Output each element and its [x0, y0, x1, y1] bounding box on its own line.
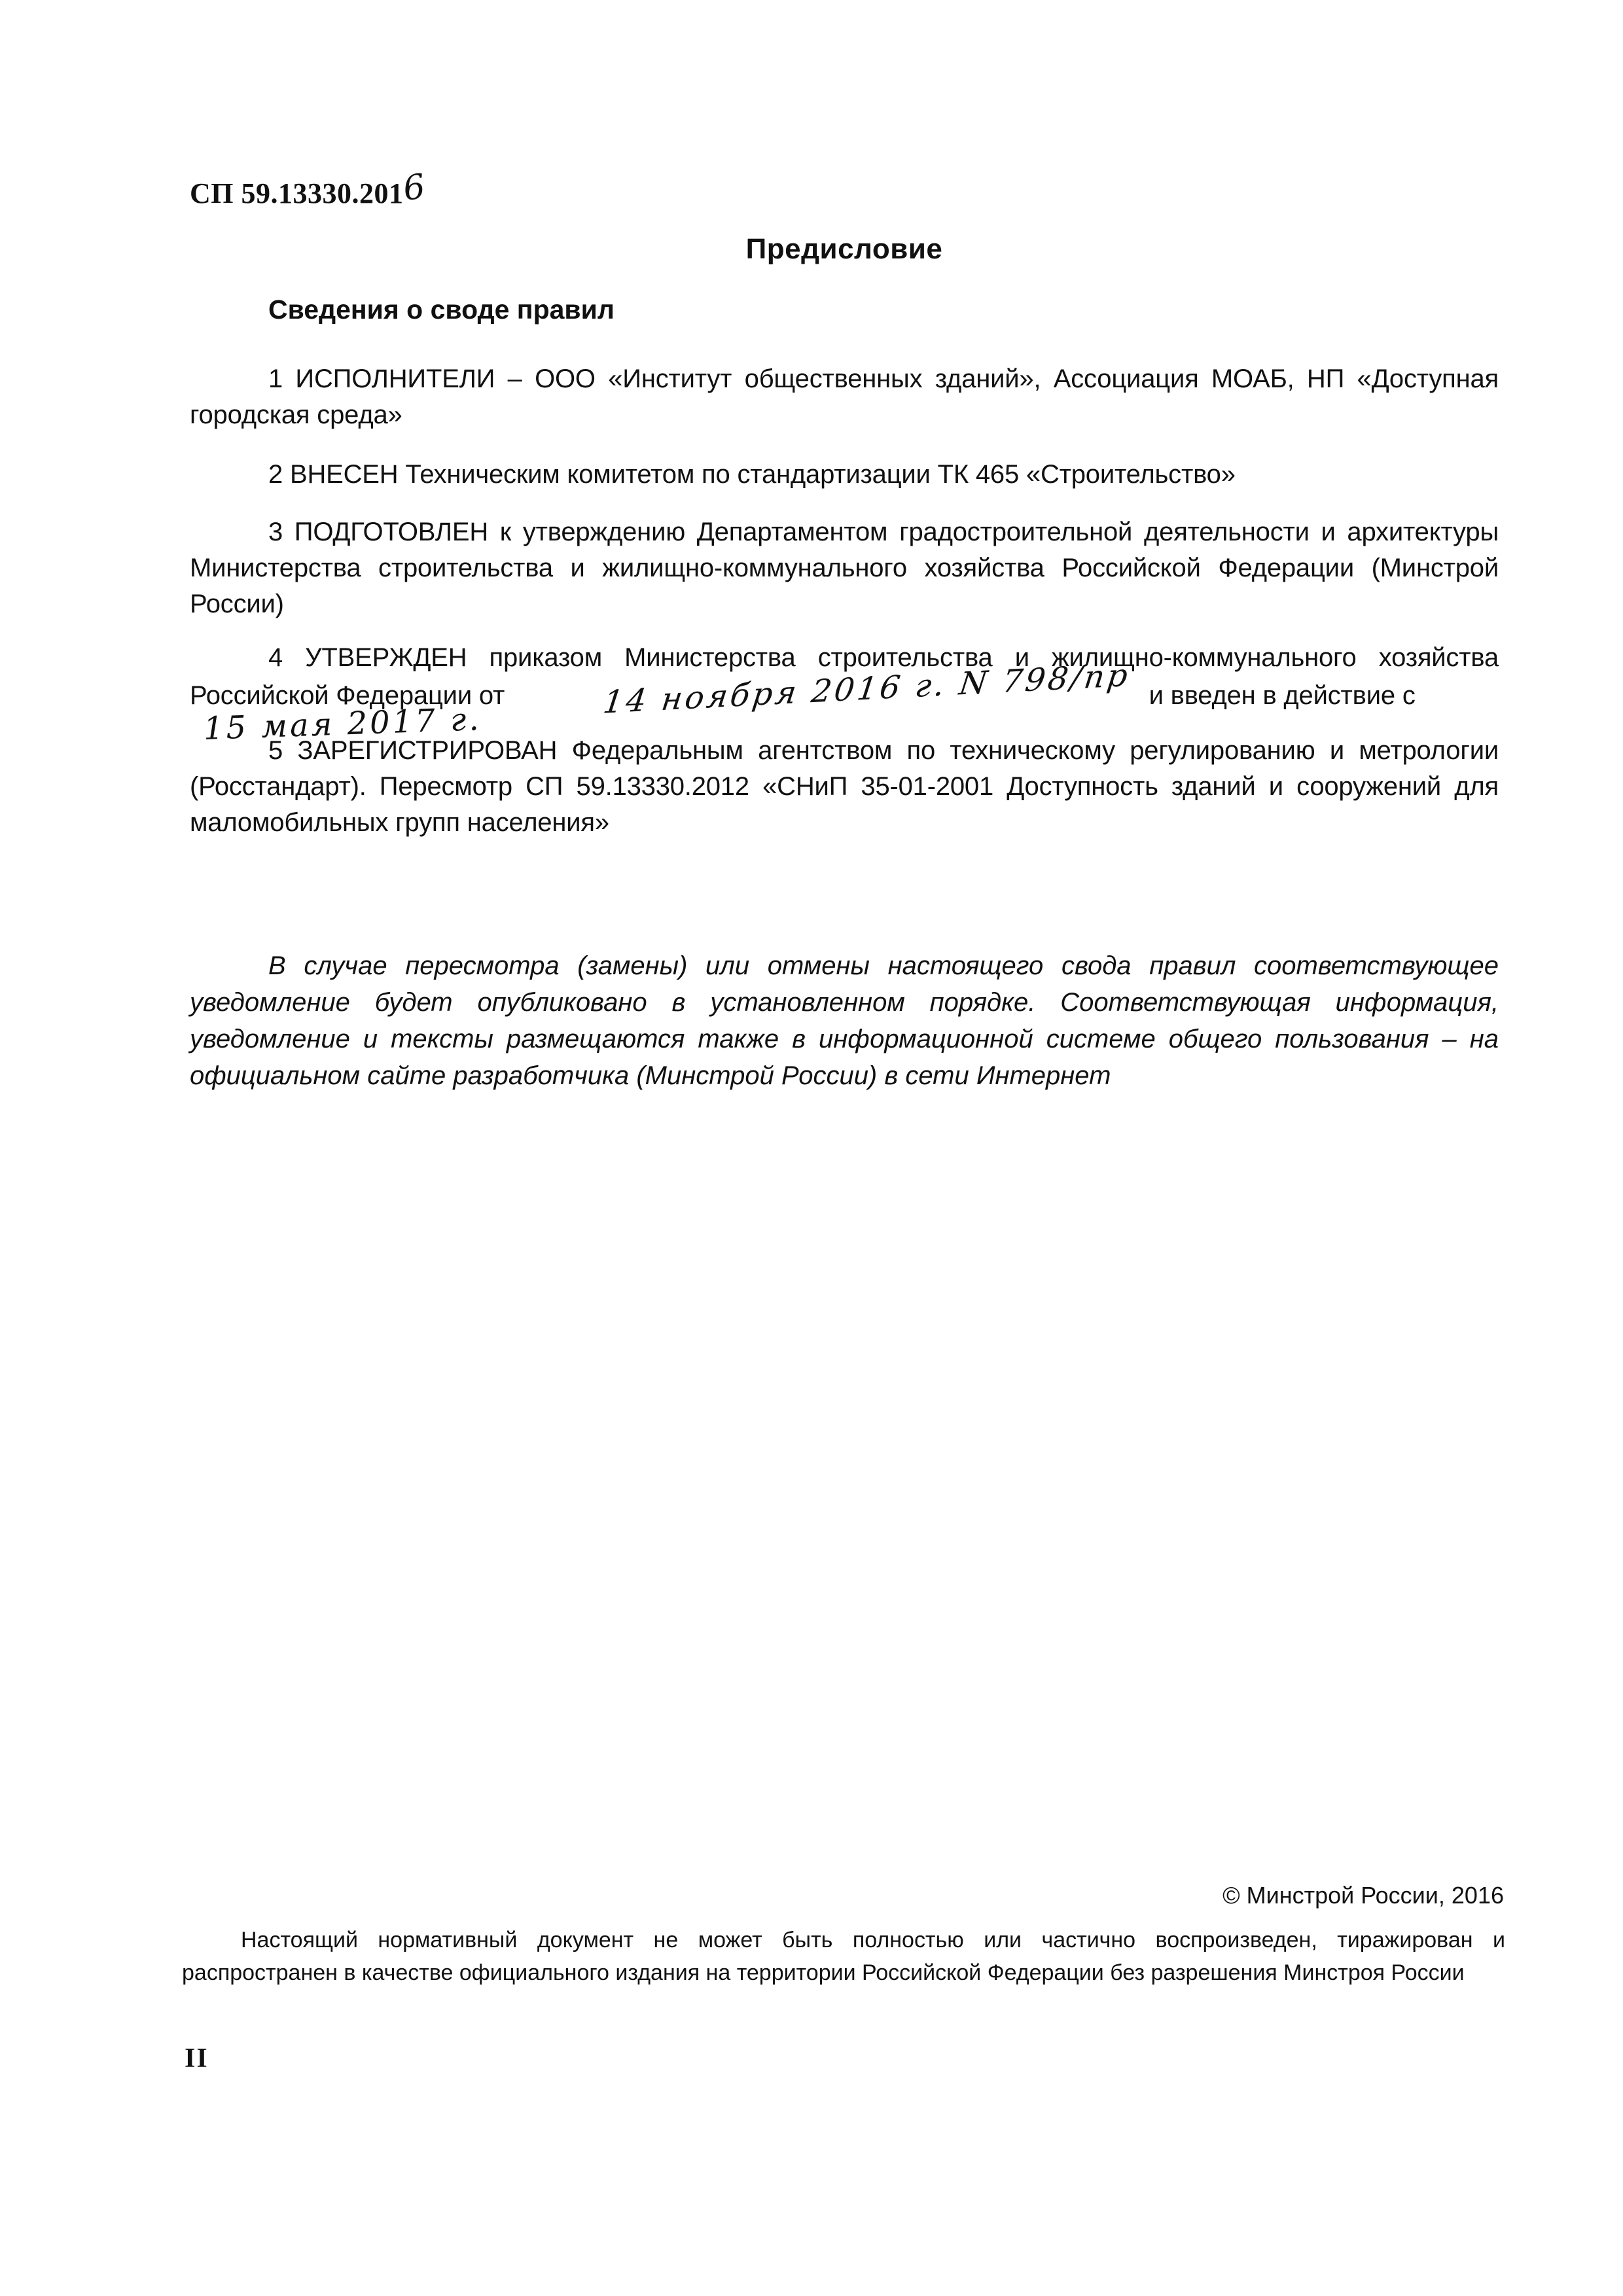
foreword-item-5: 5 ЗАРЕГИСТРИРОВАН Федеральным агентством… [190, 733, 1499, 841]
page-number: II [185, 2043, 209, 2074]
page-title: Предисловие [190, 233, 1499, 266]
copyright-notice: © Минстрой России, 2016 [190, 1882, 1504, 1909]
reproduction-restriction-note: Настоящий нормативный документ не может … [182, 1924, 1505, 1989]
doc-code: СП 59.13330.2016 [190, 172, 425, 211]
foreword-item-3: 3 ПОДГОТОВЛЕН к утверждению Департаменто… [190, 514, 1499, 622]
doc-code-handwritten-digit: 6 [401, 167, 428, 209]
foreword-item-4: 4 УТВЕРЖДЕН приказом Министерства строит… [190, 640, 1499, 747]
doc-code-printed: СП 59.13330.201 [190, 177, 404, 209]
section-subheading: Сведения о своде правил [268, 294, 615, 325]
foreword-item-2: 2 ВНЕСЕН Техническим комитетом по станда… [190, 457, 1499, 493]
revision-note: В случае пересмотра (замены) или отмены … [190, 947, 1499, 1094]
foreword-item-1: 1 ИСПОЛНИТЕЛИ – ООО «Институт общественн… [190, 361, 1499, 433]
